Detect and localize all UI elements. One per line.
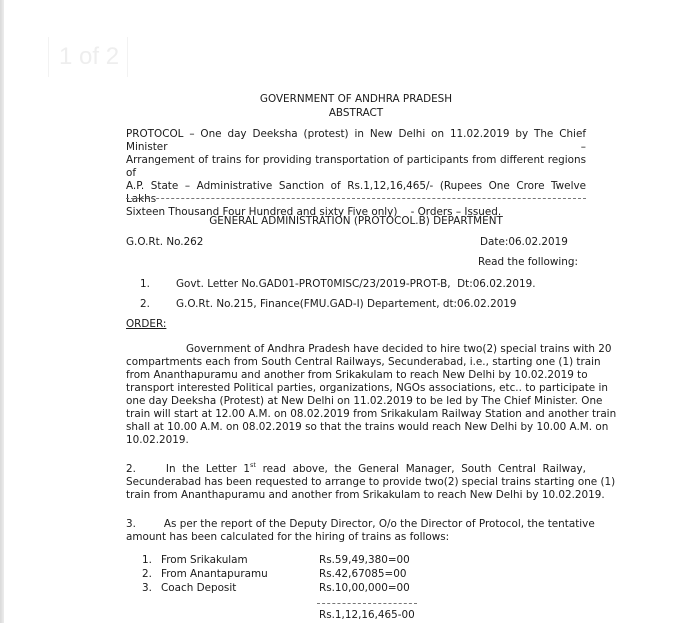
total-separator-line — [317, 603, 417, 604]
paragraph-3: 3.As per the report of the Deputy Direct… — [126, 518, 586, 544]
paragraph-2: 2.In the Letter 1st read above, the Gene… — [126, 463, 586, 502]
subject-line: Arrangement of trains for providing tran… — [126, 154, 586, 180]
cost-amount: Rs.59,49,380=00 — [319, 554, 410, 567]
reference-text: Govt. Letter No.GAD01-PROT0MISC/23/2019-… — [176, 278, 536, 291]
subject-line: A.P. State – Administrative Sanction of … — [126, 180, 586, 206]
paragraph-1: Government of Andhra Pradesh have decide… — [126, 343, 586, 447]
paragraph-line-text: As per the report of the Deputy Director… — [164, 518, 595, 530]
cost-number: 3. — [142, 582, 152, 595]
paragraph-line: Government of Andhra Pradesh have decide… — [126, 343, 586, 356]
paragraph-line: train will start at 12.00 A.M. on 08.02.… — [126, 408, 586, 421]
paragraph-line: one day Deeksha (Protest) at New Delhi o… — [126, 395, 586, 408]
paragraph-line-text: In the Letter 1 — [166, 463, 250, 475]
paragraph-line: transport interested Political parties, … — [126, 382, 586, 395]
cost-number: 1. — [142, 554, 152, 567]
paragraph-line: 3.As per the report of the Deputy Direct… — [126, 518, 586, 531]
cost-amount: Rs.42,67085=00 — [319, 568, 406, 581]
reference-text: G.O.Rt. No.215, Finance(FMU.GAD-I) Depar… — [176, 298, 517, 311]
paragraph-number: 2. — [126, 463, 136, 475]
cost-label: From Anantapuramu — [161, 568, 268, 581]
paragraph-line: Secunderabad has been requested to arran… — [126, 476, 586, 489]
subject-block: PROTOCOL – One day Deeksha (protest) in … — [126, 128, 586, 219]
go-date: Date:06.02.2019 — [480, 236, 568, 249]
cost-number: 2. — [142, 568, 152, 581]
separator-line — [126, 198, 586, 199]
abstract-heading: ABSTRACT — [126, 107, 586, 120]
read-following-label: Read the following: — [478, 256, 578, 269]
subject-line: PROTOCOL – One day Deeksha (protest) in … — [126, 128, 586, 154]
department-heading: GENERAL ADMINISTRATION (PROTOCOL.B) DEPA… — [126, 215, 586, 228]
go-number: G.O.Rt. No.262 — [126, 236, 203, 249]
paragraph-line-text: Government of Andhra Pradesh have decide… — [186, 343, 611, 355]
paragraph-number: 3. — [126, 518, 136, 530]
order-heading: ORDER: — [126, 318, 166, 331]
cost-label: From Srikakulam — [161, 554, 248, 567]
cost-total: Rs.1,12,16,465-00 — [319, 609, 415, 622]
paragraph-line: train from Ananthapuramu and another fro… — [126, 489, 586, 502]
paragraph-line: from Ananthapuramu and another from Srik… — [126, 369, 586, 382]
cost-label: Coach Deposit — [161, 582, 236, 595]
paragraph-line: compartments each from South Central Rai… — [126, 356, 586, 369]
paragraph-line-text: read above, the General Manager, South C… — [256, 463, 586, 475]
paragraph-line: 2.In the Letter 1st read above, the Gene… — [126, 463, 586, 476]
government-heading: GOVERNMENT OF ANDHRA PRADESH — [126, 93, 586, 106]
page-indicator: 1 of 2 — [48, 37, 128, 77]
paragraph-line: amount has been calculated for the hirin… — [126, 531, 586, 544]
paragraph-line: 10.02.2019. — [126, 434, 586, 447]
cost-amount: Rs.10,00,000=00 — [319, 582, 410, 595]
reference-number: 1. — [140, 278, 150, 291]
reference-number: 2. — [140, 298, 150, 311]
viewer-left-edge — [0, 0, 4, 623]
paragraph-line: shall at 10.00 A.M. on 08.02.2019 so tha… — [126, 421, 586, 434]
